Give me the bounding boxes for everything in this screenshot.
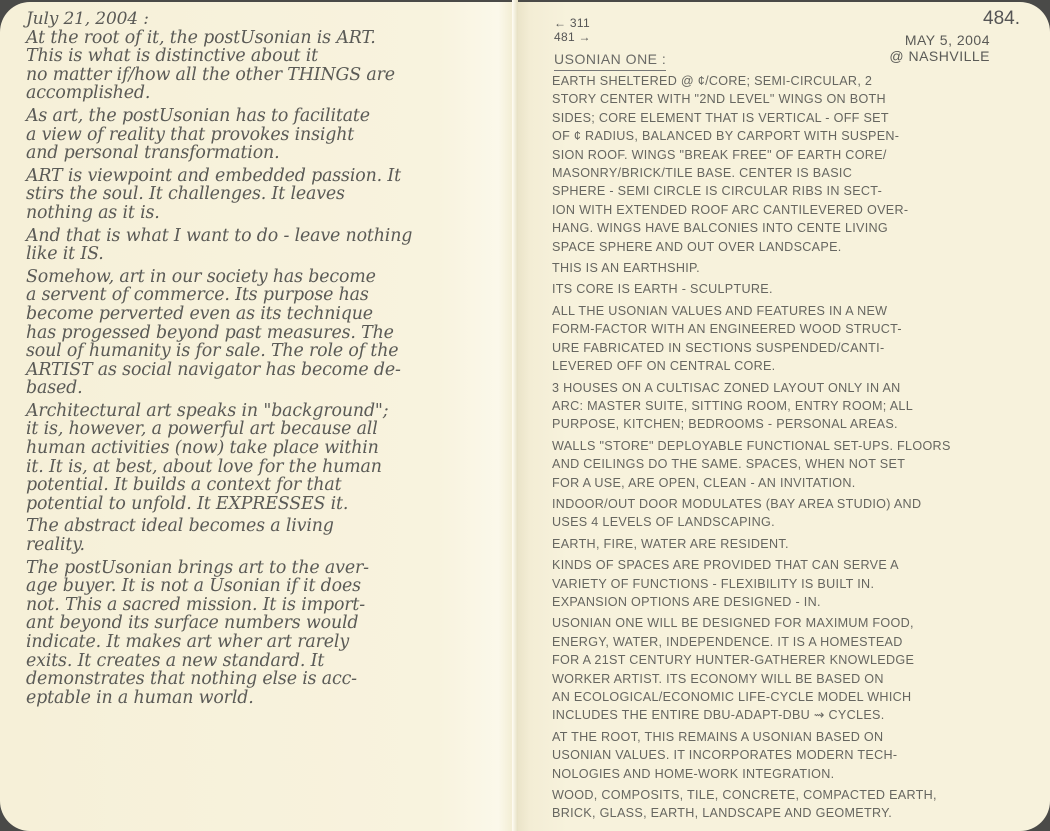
ref-forward: 481 →: [554, 30, 591, 44]
paragraph: Indoor/out door modulates (Bay Area stud…: [552, 495, 1032, 532]
paragraph: 3 houses on a cultisac zoned layout only…: [552, 379, 1032, 434]
text-line: demonstrates that nothing else is acc-: [26, 670, 506, 689]
text-line: ion with extended roof arc cantilevered …: [552, 201, 1032, 219]
text-line: potential to unfold. It EXPRESSES it.: [26, 495, 506, 514]
text-line: variety of functions - flexibility is bu…: [552, 575, 1032, 593]
text-line: Its core is earth - sculpture.: [552, 280, 1032, 298]
text-line: At the root, this remains a Usonian base…: [552, 728, 1032, 746]
text-line: for a 21st century hunter-gatherer knowl…: [552, 651, 1032, 669]
text-line: exits. It creates a new standard. It: [26, 652, 506, 671]
right-page-header: ← 311 481 → Usonian One : May 5, 2004 @ …: [552, 16, 1032, 72]
text-line: uses 4 levels of landscaping.: [552, 513, 1032, 531]
text-line: it is, however, a powerful art because a…: [26, 420, 506, 439]
paragraph: Earth, fire, water are resident.: [552, 535, 1032, 553]
text-line: potential. It builds a context for that: [26, 476, 506, 495]
text-line: masonry/brick/tile base. Center is basic: [552, 164, 1032, 182]
text-line: Indoor/out door modulates (Bay Area stud…: [552, 495, 1032, 513]
paragraph: The postUsonian brings art to the aver-a…: [26, 559, 506, 708]
text-line: story center with "2nd level" wings on b…: [552, 90, 1032, 108]
paragraph: This is an earthship.: [552, 259, 1032, 277]
paragraph: All the Usonian values and features in a…: [552, 302, 1032, 376]
text-line: ART is viewpoint and embedded passion. I…: [26, 167, 506, 186]
text-line: hang. Wings have balconies into cente li…: [552, 219, 1032, 237]
entry-date-location: May 5, 2004 @ Nashville: [889, 32, 990, 64]
text-line: Kinds of spaces are provided that can se…: [552, 556, 1032, 574]
paragraph: At the root of it, the postUsonian is AR…: [26, 29, 506, 103]
text-line: human activities (now) take place within: [26, 439, 506, 458]
text-line: an ecological/economic life-cycle model …: [552, 688, 1032, 706]
paragraph: Somehow, art in our society has becomea …: [26, 268, 506, 398]
paragraph: Kinds of spaces are provided that can se…: [552, 556, 1032, 611]
text-line: Earth, fire, water are resident.: [552, 535, 1032, 553]
text-line: based.: [26, 379, 506, 398]
paragraph: Wood, composits, tile, concrete, compact…: [552, 786, 1032, 823]
text-line: Wood, composits, tile, concrete, compact…: [552, 786, 1032, 804]
text-line: form-factor with an engineered wood stru…: [552, 320, 1032, 338]
entry-date: May 5, 2004: [889, 32, 990, 48]
notebook-gutter: [512, 0, 518, 831]
text-line: purpose, kitchen; bedrooms - personal ar…: [552, 415, 1032, 433]
paragraph: Walls "store" deployable functional set-…: [552, 437, 1032, 492]
text-line: At the root of it, the postUsonian is AR…: [26, 29, 506, 48]
text-line: and ceilings do the same. Spaces, when n…: [552, 455, 1032, 473]
text-line: a view of reality that provokes insight: [26, 126, 506, 145]
right-page-text: ← 311 481 → Usonian One : May 5, 2004 @ …: [552, 16, 1032, 826]
entry-location: @ Nashville: [889, 48, 990, 64]
text-line: The postUsonian brings art to the aver-: [26, 559, 506, 578]
text-line: All the Usonian values and features in a…: [552, 302, 1032, 320]
text-line: 3 houses on a cultisac zoned layout only…: [552, 379, 1032, 397]
text-line: ure fabricated in sections suspended/can…: [552, 339, 1032, 357]
text-line: soul of humanity is for sale. The role o…: [26, 342, 506, 361]
paragraph: Earth sheltered @ ¢/core; semi-circular,…: [552, 72, 1032, 256]
paragraph: The abstract ideal becomes a livingreali…: [26, 517, 506, 554]
paragraph: At the root, this remains a Usonian base…: [552, 728, 1032, 783]
notebook-spread: July 21, 2004 : At the root of it, the p…: [0, 0, 1050, 831]
text-line: eptable in a human world.: [26, 689, 506, 708]
text-line: for a use, are open, clean - an invitati…: [552, 474, 1032, 492]
text-line: sphere - semi circle is circular ribs in…: [552, 182, 1032, 200]
text-line: like it IS.: [26, 245, 506, 264]
text-line: Expansion options are designed - IN.: [552, 593, 1032, 611]
text-line: ant beyond its surface numbers would: [26, 614, 506, 633]
text-line: accomplished.: [26, 84, 506, 103]
paragraph: Usonian One will be designed for maximum…: [552, 614, 1032, 724]
paragraph: ART is viewpoint and embedded passion. I…: [26, 167, 506, 223]
text-line: Usonian One will be designed for maximum…: [552, 614, 1032, 632]
text-line: and personal transformation.: [26, 144, 506, 163]
text-line: Walls "store" deployable functional set-…: [552, 437, 1032, 455]
text-line: space sphere and out over landscape.: [552, 238, 1032, 256]
text-line: This is what is distinctive about it: [26, 47, 506, 66]
entry-title: Usonian One :: [554, 50, 666, 71]
paragraph: As art, the postUsonian has to facilitat…: [26, 107, 506, 163]
text-line: As art, the postUsonian has to facilitat…: [26, 107, 506, 126]
text-line: age buyer. It is not a Usonian if it doe…: [26, 577, 506, 596]
text-line: Usonian values. It incorporates modern t…: [552, 746, 1032, 764]
text-line: This is an earthship.: [552, 259, 1032, 277]
text-line: The abstract ideal becomes a living: [26, 517, 506, 536]
entry-date: July 21, 2004 :: [26, 10, 506, 29]
text-line: reality.: [26, 536, 506, 555]
text-line: of ¢ radius, balanced by carport with su…: [552, 127, 1032, 145]
text-line: energy, water, independence. It is a hom…: [552, 633, 1032, 651]
paragraph: Its core is earth - sculpture.: [552, 280, 1032, 298]
text-line: not. This a sacred mission. It is import…: [26, 596, 506, 615]
text-line: Somehow, art in our society has become: [26, 268, 506, 287]
text-line: nologies and home-work integration.: [552, 765, 1032, 783]
text-line: stirs the soul. It challenges. It leaves: [26, 185, 506, 204]
text-line: Earth sheltered @ ¢/core; semi-circular,…: [552, 72, 1032, 90]
text-line: has progessed beyond past measures. The: [26, 324, 506, 343]
text-line: arc: master suite, sitting room, entry r…: [552, 397, 1032, 415]
right-paragraphs: Earth sheltered @ ¢/core; semi-circular,…: [552, 72, 1032, 823]
text-line: no matter if/how all the other THINGS ar…: [26, 66, 506, 85]
ref-back: ← 311: [554, 16, 591, 30]
text-line: includes the entire DBU-adapt-DBU ⇝ cycl…: [552, 706, 1032, 724]
text-line: sides; core element that is vertical - o…: [552, 109, 1032, 127]
text-line: sion roof. Wings "break free" of earth c…: [552, 146, 1032, 164]
text-line: it. It is, at best, about love for the h…: [26, 458, 506, 477]
paragraph: And that is what I want to do - leave no…: [26, 227, 506, 264]
cross-references: ← 311 481 →: [554, 16, 591, 44]
text-line: indicate. It makes art wher art rarely: [26, 633, 506, 652]
text-line: And that is what I want to do - leave no…: [26, 227, 506, 246]
text-line: levered off on central core.: [552, 357, 1032, 375]
left-page-text: July 21, 2004 : At the root of it, the p…: [26, 10, 506, 711]
text-line: nothing as it is.: [26, 204, 506, 223]
text-line: worker artist. Its economy will be based…: [552, 670, 1032, 688]
left-paragraphs: At the root of it, the postUsonian is AR…: [26, 29, 506, 708]
text-line: Architectural art speaks in "background"…: [26, 402, 506, 421]
text-line: brick, glass, earth, landscape and geome…: [552, 804, 1032, 822]
text-line: a servent of commerce. Its purpose has: [26, 286, 506, 305]
text-line: ARTIST as social navigator has become de…: [26, 361, 506, 380]
text-line: become perverted even as its technique: [26, 305, 506, 324]
paragraph: Architectural art speaks in "background"…: [26, 402, 506, 514]
